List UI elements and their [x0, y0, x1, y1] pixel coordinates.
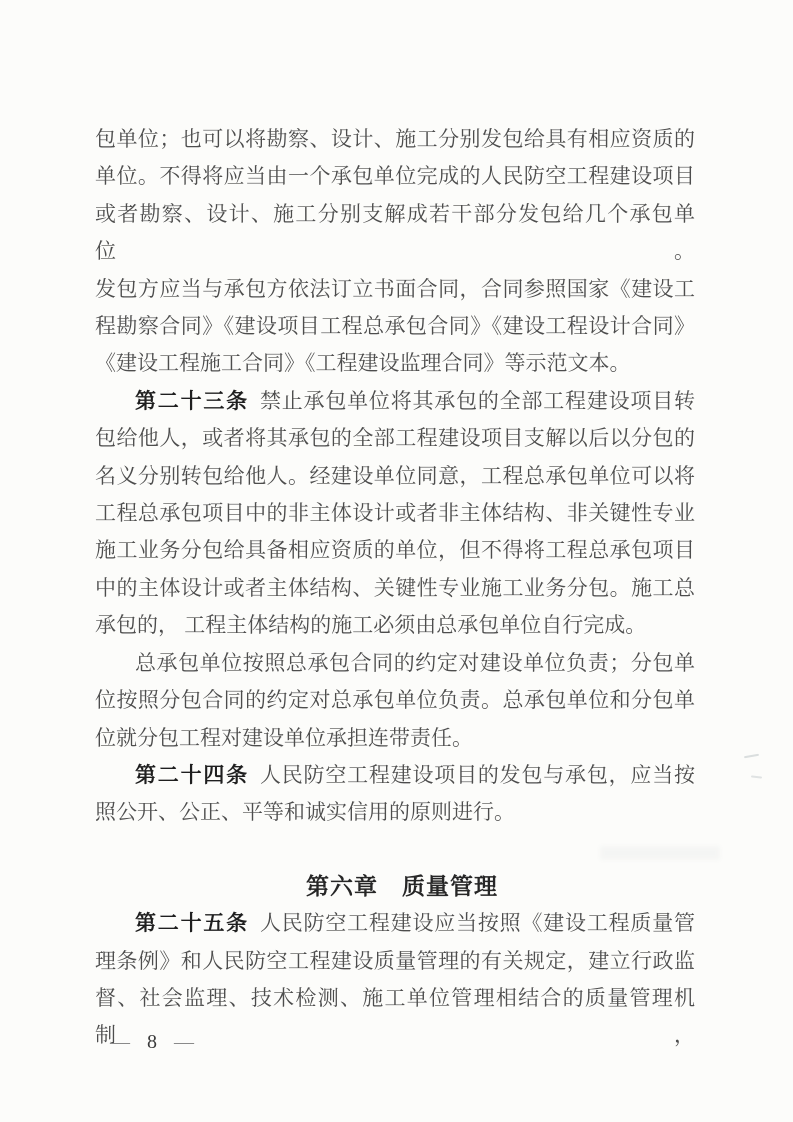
page-number: —8— [110, 1031, 195, 1054]
paragraph-article-24: 第二十四条人民防空工程建设项目的发包与承包，应当按 照公开、公正、平等和诚实信用… [95, 757, 695, 832]
text-line: 名义分别转包给他人。经建设单位同意，工程总承包单位可以将 [95, 458, 695, 495]
article-23-lead: 禁止承包单位将其承包的全部工程建设项目转 [260, 389, 695, 413]
page-number-dash-left: — [110, 1031, 131, 1053]
paragraph-article-23: 第二十三条禁止承包单位将其承包的全部工程建设项目转 包给他人，或者将其承包的全部… [95, 383, 695, 645]
text-line: 理条例》和人民防空工程建设质量管理的有关规定，建立行政监 [95, 943, 695, 980]
text-line: 照公开、公正、平等和诚实信用的原则进行。 [95, 794, 695, 831]
text-line: 工程总承包项目中的非主体设计或者非主体结构、非关键性专业 [95, 495, 695, 532]
text-line: 施工业务分包给具备相应资质的单位，但不得将工程总承包项目 [95, 532, 695, 569]
article-25-number: 第二十五条 [135, 912, 249, 935]
scan-artifact [751, 775, 762, 778]
scan-artifact [600, 846, 720, 860]
text-line: 中的主体设计或者主体结构、关键性专业施工业务分包。施工总 [95, 570, 695, 607]
text-line: 单位。不得将应当由一个承包单位完成的人民防空工程建设项目 [95, 158, 695, 195]
paragraph-liability: 总承包单位按照总承包合同的约定对建设单位负责；分包单 位按照分包合同的约定对总承… [95, 645, 695, 757]
text-line: 《建设工程施工合同》《工程建设监理合同》等示范文本。 [95, 345, 695, 382]
article-24-number: 第二十四条 [135, 764, 249, 787]
page-number-value: 8 [147, 1031, 158, 1053]
article-25-lead: 人民防空工程建设应当按照《建设工程质量管 [260, 911, 695, 935]
text-line: 发包方应当与承包方依法订立书面合同，合同参照国家《建设工 [95, 271, 695, 308]
page-content: 包单位；也可以将勘察、设计、施工分别发包给具有相应资质的 单位。不得将应当由一个… [95, 121, 695, 1055]
text-line: 程勘察合同》《建设项目工程总承包合同》《建设工程设计合同》 [95, 308, 695, 345]
text-line: 包给他人，或者将其承包的全部工程建设项目支解以后以分包的 [95, 420, 695, 457]
text-line: 第二十五条人民防空工程建设应当按照《建设工程质量管 [95, 905, 695, 942]
article-23-number: 第二十三条 [135, 390, 249, 413]
text-line: 位就分包工程对建设单位承担连带责任。 [95, 720, 695, 757]
text-line: 包单位；也可以将勘察、设计、施工分别发包给具有相应资质的 [95, 121, 695, 158]
chapter-heading: 第六章 质量管理 [109, 868, 695, 905]
scan-artifact [744, 754, 759, 759]
text-line: 第二十四条人民防空工程建设项目的发包与承包，应当按 [95, 757, 695, 794]
text-line: 或者勘察、设计、施工分别支解成若干部分发包给几个承包单位。 [95, 196, 695, 271]
document-page: 包单位；也可以将勘察、设计、施工分别发包给具有相应资质的 单位。不得将应当由一个… [0, 0, 793, 1122]
page-number-dash-right: — [174, 1031, 195, 1053]
text-line: 总承包单位按照总承包合同的约定对建设单位负责；分包单 [95, 645, 695, 682]
article-24-lead: 人民防空工程建设项目的发包与承包，应当按 [260, 763, 695, 787]
text-line: 第二十三条禁止承包单位将其承包的全部工程建设项目转 [95, 383, 695, 420]
text-line: 承包的， 工程主体结构的施工必须由总承包单位自行完成。 [95, 607, 695, 644]
paragraph-contract-award: 包单位；也可以将勘察、设计、施工分别发包给具有相应资质的 单位。不得将应当由一个… [95, 121, 695, 383]
text-line: 位按照分包合同的约定对总承包单位负责。总承包单位和分包单 [95, 682, 695, 719]
